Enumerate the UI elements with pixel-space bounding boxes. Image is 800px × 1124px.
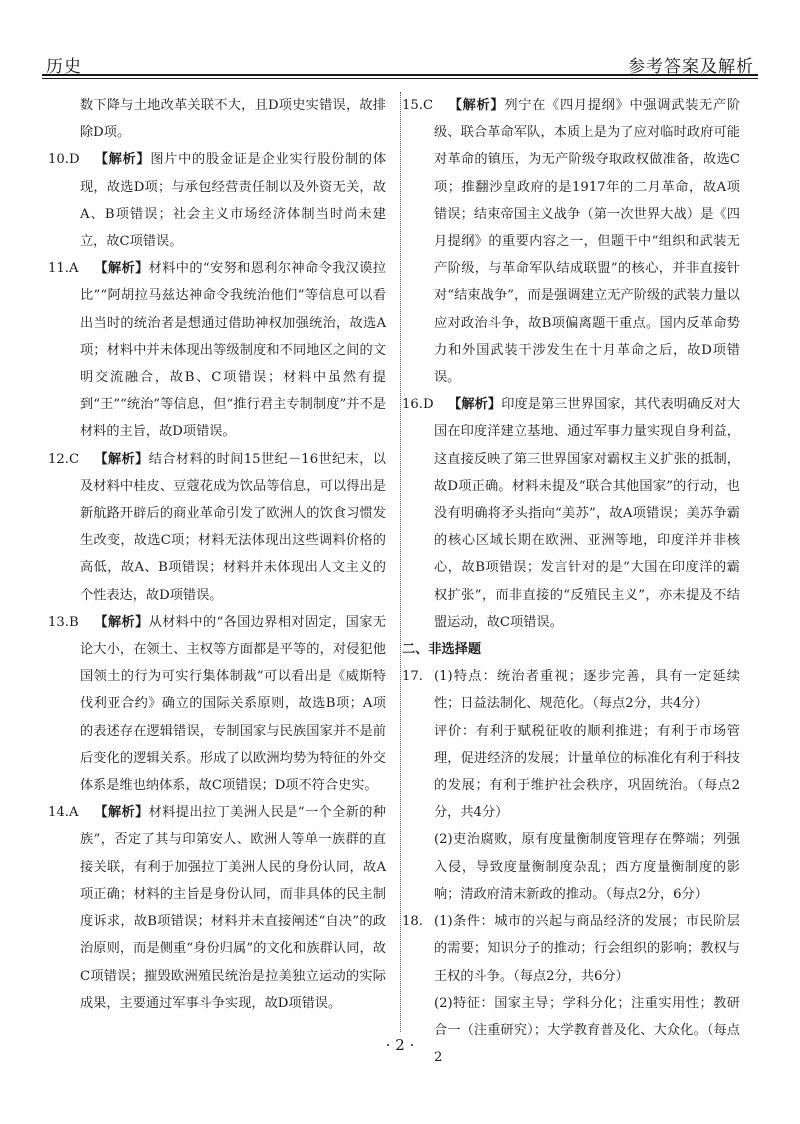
answer-number: 15.C	[402, 92, 433, 119]
analysis-tag: 【解析】	[94, 261, 149, 276]
answer-10: 10.D 【解析】图片中的股金证是企业实行股份制的体现，故选D项；与承包经营责任…	[56, 146, 386, 255]
answer-part: 评价：有利于赋税征收的顺利推进；有利于市场管理，促进经济的发展；计量单位的标准化…	[434, 718, 740, 827]
column-divider	[400, 92, 401, 1032]
analysis-tag: 【解析】	[94, 615, 149, 630]
answer-text: 材料提出拉丁美洲人民是“一个全新的种族”，否定了其与印第安人、欧洲人等单一族群的…	[80, 805, 386, 1010]
analysis-tag: 【解析】	[94, 805, 149, 820]
answer-12: 12.C 【解析】结合材料的时间15世纪－16世纪末，以及材料中桂皮、豆蔻花成为…	[56, 446, 386, 609]
answer-part: (1)特点：统治者重视；逐步完善，具有一定延续性；日益法制化、规范化。（每点2分…	[434, 663, 740, 717]
answer-17: 17. (1)特点：统治者重视；逐步完善，具有一定延续性；日益法制化、规范化。（…	[410, 663, 740, 908]
answer-text: 印度是第三世界国家，其代表明确反对大国在印度洋建立基地、通过军事力量实现自身利益…	[434, 397, 740, 630]
answer-number: 13.B	[48, 609, 79, 636]
page-number: · 2 ·	[0, 1036, 800, 1054]
analysis-tag: 【解析】	[94, 452, 149, 467]
answer-text: 列宁在《四月提纲》中强调武装无产阶级、联合革命军队，本质上是为了应对临时政府可能…	[434, 98, 740, 385]
analysis-tag: 【解析】	[94, 152, 150, 167]
answer-number: 11.A	[48, 255, 79, 282]
continuation-text: 数下降与土地改革关联不大，且D项史实错误，故排除D项。	[56, 92, 386, 146]
page-header: 历史 参考答案及解析	[42, 52, 758, 74]
answer-13: 13.B 【解析】从材料中的“各国边界相对固定，国家无论大小，在领土、主权等方面…	[56, 609, 386, 799]
answer-15: 15.C 【解析】列宁在《四月提纲》中强调武装无产阶级、联合革命军队，本质上是为…	[410, 92, 740, 391]
answer-text: 材料中的“安努和恩利尔神命令我汉谟拉比”“阿胡拉马兹达神命令我统治他们”等信息可…	[80, 261, 386, 439]
header-rule	[42, 74, 758, 79]
answer-number: 16.D	[402, 391, 434, 418]
analysis-tag: 【解析】	[448, 397, 501, 412]
answer-number: 12.C	[48, 446, 79, 473]
answer-text: 结合材料的时间15世纪－16世纪末，以及材料中桂皮、豆蔻花成为饮品等信息，可以得…	[80, 452, 386, 603]
right-column: 15.C 【解析】列宁在《四月提纲》中强调武装无产阶级、联合革命军队，本质上是为…	[410, 92, 740, 1071]
answer-number: 10.D	[48, 146, 80, 173]
answer-11: 11.A 【解析】材料中的“安努和恩利尔神命令我汉谟拉比”“阿胡拉马兹达神命令我…	[56, 255, 386, 445]
answer-14: 14.A 【解析】材料提出拉丁美洲人民是“一个全新的种族”，否定了其与印第安人、…	[56, 799, 386, 1017]
answer-part: (2)吏治腐败，原有度量衡制度管理存在弊端；列强入侵，导致度量衡制度杂乱；西方度…	[434, 826, 740, 908]
analysis-tag: 【解析】	[448, 98, 504, 113]
section-title: 二、非选择题	[402, 636, 740, 663]
answer-part: (2)特征：国家主导；学科分化；注重实用性；教研合一（注重研究）；大学教育普及化…	[434, 990, 740, 1072]
answer-text: 从材料中的“各国边界相对固定，国家无论大小，在领土、主权等方面都是平等的，对侵犯…	[80, 615, 386, 793]
answer-number: 17.	[402, 663, 423, 690]
left-column: 数下降与土地改革关联不大，且D项史实错误，故排除D项。 10.D 【解析】图片中…	[56, 92, 386, 1017]
answer-16: 16.D 【解析】印度是第三世界国家，其代表明确反对大国在印度洋建立基地、通过军…	[410, 391, 740, 636]
answer-number: 14.A	[48, 799, 79, 826]
answer-number: 18.	[402, 908, 423, 935]
answer-part: (1)条件：城市的兴起与商品经济的发展；市民阶层的需要；知识分子的推动；行会组织…	[434, 908, 740, 990]
